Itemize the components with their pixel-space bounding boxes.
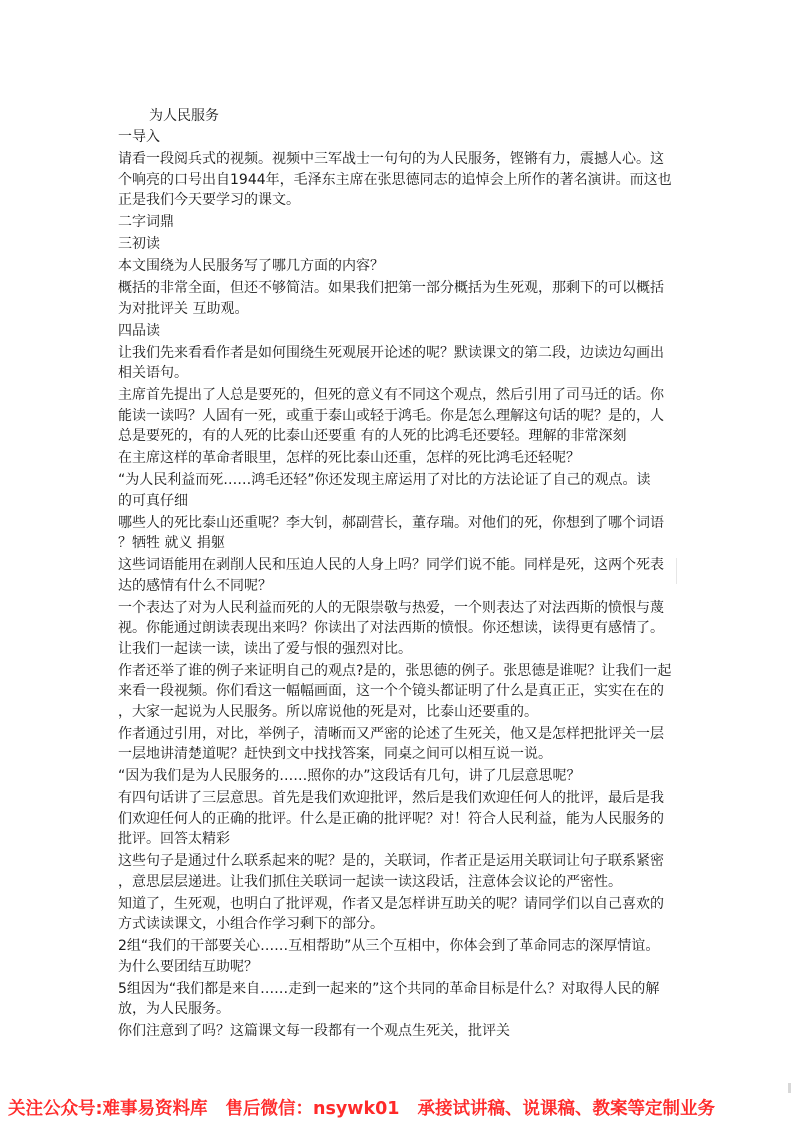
document-page: 为人民服务 一导入 请看一段阅兵式的视频。视频中三军战士一句句的为人民服务，铿锵… <box>118 106 692 1043</box>
text-line: “因为我们是为人民服务的……照你的办”这段话有几句，讲了几层意思呢？ <box>118 766 692 787</box>
section-vocabulary-heading: 二字词鼎 <box>118 212 692 233</box>
text-line: 能读一读吗？人固有一死，或重于泰山或轻于鸿毛。你是怎么理解这句话的呢？是的，人 <box>118 406 692 427</box>
text-line: 视。你能通过朗读表现出来吗？你读出了对法西斯的愤恨。你还想读，读得更有感情了。 <box>118 618 692 639</box>
text-line: ，大家一起说为人民服务。所以席说他的死是对，比泰山还要重的。 <box>118 702 692 723</box>
text-line: 方式读读课文，小组合作学习剩下的部分。 <box>118 914 692 935</box>
text-line: 你们注意到了吗？这篇课文每一段都有一个观点生死关，批评关 <box>118 1021 692 1042</box>
document-title: 为人民服务 <box>118 106 692 127</box>
text-line: 作者通过引用，对比，举例子，清晰而又严密的论述了生死关，他又是怎样把批评关一层 <box>118 724 692 745</box>
footer-wechat-text: 售后微信：nsywk01 <box>226 1095 400 1120</box>
text-line: 正是我们今天要学习的课文。 <box>118 190 692 211</box>
footer-service-text: 承接试讲稿、说课稿、教案等定制业务 <box>417 1095 715 1120</box>
paragraph: 有四句话讲了三层意思。首先是我们欢迎批评，然后是我们欢迎任何人的批评，最后是我 … <box>118 788 692 850</box>
paragraph: 哪些人的死比泰山还重呢？李大钊，郝副营长，董存瑞。对他们的死，你想到了哪个词语 … <box>118 513 692 554</box>
text-line: 5组因为“我们都是来自……走到一起来的”这个共同的革命目标是什么？对取得人民的解 <box>118 979 692 1000</box>
text-line: 作者还举了谁的例子来证明自己的观点?是的，张思德的例子。张思德是谁呢？让我们一起 <box>118 661 692 682</box>
scan-artifact <box>676 558 677 584</box>
text-line: ，意思层层递进。让我们抓住关联词一起读一读这段话，注意体会议论的严密性。 <box>118 872 692 893</box>
text-line: ？牺牲 就义 捐躯 <box>118 533 692 554</box>
watermark-footer: 关注公众号:难事易资料库 售后微信：nsywk01 承接试讲稿、说课稿、教案等定… <box>0 1093 793 1122</box>
text-line: 哪些人的死比泰山还重呢？李大钊，郝副营长，董存瑞。对他们的死，你想到了哪个词语 <box>118 513 692 534</box>
section-close-reading-heading: 四品读 <box>118 321 692 342</box>
paragraph: 作者通过引用，对比，举例子，清晰而又严密的论述了生死关，他又是怎样把批评关一层 … <box>118 724 692 765</box>
paragraph: “因为我们是为人民服务的……照你的办”这段话有几句，讲了几层意思呢？ <box>118 766 692 787</box>
paragraph: 这些词语能用在剥削人民和压迫人民的人身上吗？同学们说不能。同样是死，这两个死表 … <box>118 555 692 596</box>
text-line: 个响亮的口号出自1944年，毛泽东主席在张思德同志的追悼会上所作的著名演讲。而这… <box>118 170 692 191</box>
paragraph: 让我们先来看看作者是如何围绕生死观展开论述的呢？默读课文的第二段，边读边勾画出 … <box>118 343 692 384</box>
scan-artifact <box>788 1083 791 1093</box>
paragraph: 一个表达了对为人民利益而死的人的无限崇敬与热爱，一个则表达了对法西斯的愤恨与蔑 … <box>118 598 692 660</box>
paragraph: 知道了，生死观，也明白了批评观，作者又是怎样讲互助关的呢？请同学们以自己喜欢的 … <box>118 894 692 935</box>
text-line: 让我们先来看看作者是如何围绕生死观展开论述的呢？默读课文的第二段，边读边勾画出 <box>118 343 692 364</box>
section-intro-heading: 一导入 <box>118 127 692 148</box>
footer-account-text: 关注公众号:难事易资料库 <box>8 1095 208 1120</box>
text-line: 相关语句。 <box>118 363 692 384</box>
paragraph: 作者还举了谁的例子来证明自己的观点?是的，张思德的例子。张思德是谁呢？让我们一起… <box>118 661 692 723</box>
paragraph: 2组“我们的干部要关心……互相帮助”从三个互相中，你体会到了革命同志的深厚情谊。… <box>118 936 692 977</box>
paragraph: 你们注意到了吗？这篇课文每一段都有一个观点生死关，批评关 <box>118 1021 692 1042</box>
text-line: 概括的非常全面，但还不够简洁。如果我们把第一部分概括为生死观，那剩下的可以概括 <box>118 278 692 299</box>
text-line: 们欢迎任何人的正确的批评。什么是正确的批评呢？对！符合人民利益，能为人民服务的 <box>118 809 692 830</box>
text-line: 的可真仔细 <box>118 491 692 512</box>
text-line: 让我们一起读一读，读出了爱与恨的强烈对比。 <box>118 639 692 660</box>
text-line: 来看一段视频。你们看这一幅幅画面，这一个个镜头都证明了什么是真正正，实实在在的 <box>118 681 692 702</box>
text-line: 在主席这样的革命者眼里，怎样的死比泰山还重，怎样的死比鸿毛还轻呢？ <box>118 448 692 469</box>
text-line: 主席首先提出了人总是要死的，但死的意义有不同这个观点，然后引用了司马迁的话。你 <box>118 385 692 406</box>
text-line: 一个表达了对为人民利益而死的人的无限崇敬与热爱，一个则表达了对法西斯的愤恨与蔑 <box>118 598 692 619</box>
summary-paragraph: 概括的非常全面，但还不够简洁。如果我们把第一部分概括为生死观，那剩下的可以概括 … <box>118 278 692 319</box>
paragraph: “为人民利益而死……鸿毛还轻”你还发现主席运用了对比的方法论证了自己的观点。读 … <box>118 470 692 511</box>
paragraph: 5组因为“我们都是来自……走到一起来的”这个共同的革命目标是什么？对取得人民的解… <box>118 979 692 1020</box>
text-line: 知道了，生死观，也明白了批评观，作者又是怎样讲互助关的呢？请同学们以自己喜欢的 <box>118 894 692 915</box>
text-line: 有四句话讲了三层意思。首先是我们欢迎批评，然后是我们欢迎任何人的批评，最后是我 <box>118 788 692 809</box>
text-line: 总是要死的，有的人死的比泰山还要重 有的人死的比鸿毛还要轻。理解的非常深刻 <box>118 426 692 447</box>
text-line: 一层地讲清楚道呢？赶快到文中找找答案，同桌之间可以相互说一说。 <box>118 744 692 765</box>
paragraph: 这些句子是通过什么联系起来的呢？是的，关联词，作者正是运用关联词让句子联系紧密 … <box>118 851 692 892</box>
text-line: 批评。回答太精彩 <box>118 829 692 850</box>
text-line: 放，为人民服务。 <box>118 999 692 1020</box>
question-paragraph: 本文围绕为人民服务写了哪几方面的内容？ <box>118 256 692 277</box>
paragraph: 在主席这样的革命者眼里，怎样的死比泰山还重，怎样的死比鸿毛还轻呢？ <box>118 448 692 469</box>
intro-paragraph: 请看一段阅兵式的视频。视频中三军战士一句句的为人民服务，铿锵有力，震撼人心。这 … <box>118 149 692 211</box>
text-line: 2组“我们的干部要关心……互相帮助”从三个互相中，你体会到了革命同志的深厚情谊。 <box>118 936 692 957</box>
text-line: “为人民利益而死……鸿毛还轻”你还发现主席运用了对比的方法论证了自己的观点。读 <box>118 470 692 491</box>
text-line: 达的感情有什么不同呢？ <box>118 576 692 597</box>
text-line: 这些词语能用在剥削人民和压迫人民的人身上吗？同学们说不能。同样是死，这两个死表 <box>118 555 692 576</box>
text-line: 请看一段阅兵式的视频。视频中三军战士一句句的为人民服务，铿锵有力，震撼人心。这 <box>118 149 692 170</box>
text-line: 为对批评关 互助观。 <box>118 299 692 320</box>
paragraph: 主席首先提出了人总是要死的，但死的意义有不同这个观点，然后引用了司马迁的话。你 … <box>118 385 692 447</box>
text-line: 这些句子是通过什么联系起来的呢？是的，关联词，作者正是运用关联词让句子联系紧密 <box>118 851 692 872</box>
text-line: 为什么要团结互助呢？ <box>118 957 692 978</box>
text-line: 本文围绕为人民服务写了哪几方面的内容？ <box>118 256 692 277</box>
section-first-reading-heading: 三初读 <box>118 234 692 255</box>
